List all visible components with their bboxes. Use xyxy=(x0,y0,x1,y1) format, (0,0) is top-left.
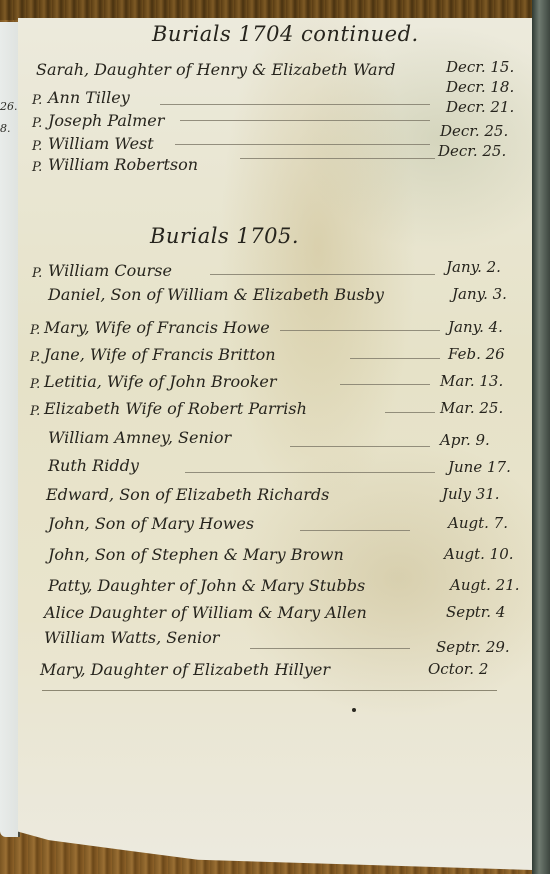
entry-date: Decr. 21. xyxy=(446,98,514,116)
entry-name: William West xyxy=(48,134,154,153)
entry-name: Daniel, Son of William & Elizabeth Busby xyxy=(48,285,384,304)
entry-marker: P. xyxy=(32,139,42,154)
entry-name: William Watts, Senior xyxy=(44,628,219,647)
entry-leader-line xyxy=(340,384,430,385)
entry-date: Augt. 7. xyxy=(448,514,508,532)
closing-rule-line xyxy=(42,690,497,691)
entry-date: Septr. 29. xyxy=(436,638,510,656)
entry-marker: P. xyxy=(32,160,42,175)
entry-name: Ruth Riddy xyxy=(48,456,139,475)
entry-leader-line xyxy=(160,104,430,105)
entry-marker: P. xyxy=(30,404,40,419)
entry-leader-line xyxy=(180,120,430,121)
entry-name: John, Son of Mary Howes xyxy=(48,514,254,533)
entry-date: Decr. 25. xyxy=(438,142,506,160)
entry-leader-line xyxy=(300,530,410,531)
entry-date: Augt. 10. xyxy=(444,545,514,563)
entry-name: Mary, Wife of Francis Howe xyxy=(44,318,270,337)
entry-date: Mar. 13. xyxy=(440,372,503,390)
section-heading-1705: Burials 1705. xyxy=(150,224,299,248)
entry-leader-line xyxy=(290,446,430,447)
ink-blot xyxy=(352,708,356,712)
left-page-fragment: 26. xyxy=(0,100,18,113)
entry-date: Jany. 2. xyxy=(446,258,501,276)
entry-date: Decr. 15. xyxy=(446,58,514,76)
entry-name: William Course xyxy=(48,261,172,280)
entry-date: Augt. 21. xyxy=(450,576,520,594)
entry-name: Mary, Daughter of Elizabeth Hillyer xyxy=(40,660,330,679)
entry-leader-line xyxy=(280,330,440,331)
book-binding-edge xyxy=(532,0,550,874)
entry-date: Jany. 3. xyxy=(452,285,507,303)
entry-leader-line xyxy=(175,144,430,145)
entry-name: Edward, Son of Elizabeth Richards xyxy=(46,485,329,504)
entry-date: Mar. 25. xyxy=(440,399,503,417)
entry-name: Letitia, Wife of John Brooker xyxy=(44,372,277,391)
left-facing-page-edge: 26. 8. xyxy=(0,22,20,837)
entry-name: Alice Daughter of William & Mary Allen xyxy=(44,603,367,622)
entry-marker: P. xyxy=(30,323,40,338)
entry-date: Jany. 4. xyxy=(448,318,503,336)
entry-marker: P. xyxy=(32,93,42,108)
entry-name: Jane, Wife of Francis Britton xyxy=(44,345,276,364)
wooden-desk-top xyxy=(0,0,550,20)
entry-leader-line xyxy=(240,158,435,159)
entry-name: Sarah, Daughter of Henry & Elizabeth War… xyxy=(36,60,395,79)
entry-date: Apr. 9. xyxy=(440,431,490,449)
entry-marker: P. xyxy=(32,266,42,281)
entry-leader-line xyxy=(250,648,410,649)
left-page-fragment: 8. xyxy=(0,122,11,135)
entry-leader-line xyxy=(210,274,435,275)
entry-name: Joseph Palmer xyxy=(48,111,164,130)
entry-name: William Amney, Senior xyxy=(48,428,231,447)
entry-leader-line xyxy=(350,358,440,359)
entry-name: Elizabeth Wife of Robert Parrish xyxy=(44,399,307,418)
entry-date: Decr. 25. xyxy=(440,122,508,140)
entry-name: John, Son of Stephen & Mary Brown xyxy=(48,545,344,564)
entry-name: Ann Tilley xyxy=(48,88,130,107)
entry-date: Septr. 4 xyxy=(446,603,505,621)
entry-marker: P. xyxy=(30,350,40,365)
entry-date: Decr. 18. xyxy=(446,78,514,96)
entry-marker: P. xyxy=(30,377,40,392)
entry-leader-line xyxy=(185,472,435,473)
entry-date: Feb. 26 xyxy=(448,345,505,363)
entry-date: June 17. xyxy=(448,458,511,476)
entry-leader-line xyxy=(385,412,435,413)
entry-name: William Robertson xyxy=(48,155,198,174)
section-heading-1704: Burials 1704 continued. xyxy=(152,22,419,46)
entry-name: Patty, Daughter of John & Mary Stubbs xyxy=(48,576,365,595)
entry-date: July 31. xyxy=(442,485,500,503)
entry-marker: P. xyxy=(32,116,42,131)
entry-date: Octor. 2 xyxy=(428,660,488,678)
